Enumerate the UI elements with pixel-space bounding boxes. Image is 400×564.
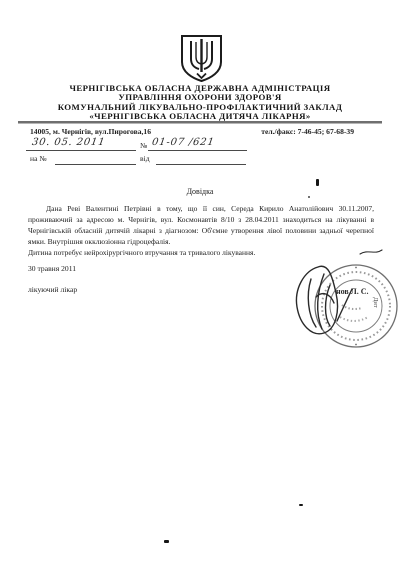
scan-artifact <box>316 179 319 186</box>
issue-date: 30 травня 2011 <box>28 264 76 273</box>
round-stamp: нов Л. С. Дит <box>315 265 397 347</box>
scanned-document-page: ЧЕРНІГІВСЬКА ОБЛАСНА ДЕРЖАВНА АДМІНІСТРА… <box>0 0 400 564</box>
handwritten-ref-number: 01-07 /621 <box>151 137 215 148</box>
handwritten-date: 30. 05. 2011 <box>31 137 106 148</box>
ukraine-trident-emblem <box>178 34 225 83</box>
reply-date-underline <box>156 164 246 165</box>
date-underline <box>26 150 136 151</box>
reply-to-label: на № <box>30 154 47 163</box>
scan-artifact <box>308 196 310 198</box>
number-underline <box>148 150 247 151</box>
address-row: 14005, м. Чернігів, вул.Пирогова,16 тел.… <box>30 127 354 136</box>
reply-number-underline <box>55 164 136 165</box>
signatory-role: лікуючий лікар <box>28 285 77 294</box>
document-title: Довідка <box>0 187 400 196</box>
stamp-inner-vertical-text: Дит <box>372 297 379 308</box>
header-divider <box>18 121 382 123</box>
scan-artifact <box>164 540 169 543</box>
stamp-and-signature: нов Л. С. Дит <box>280 245 400 380</box>
org-phone: тел./факс: 7-46-45; 67-68-39 <box>261 127 354 136</box>
number-sign-label: № <box>140 141 147 150</box>
org-address: 14005, м. Чернігів, вул.Пирогова,16 <box>30 127 151 136</box>
reply-from-label: від <box>140 154 150 163</box>
letterhead-org-block: ЧЕРНІГІВСЬКА ОБЛАСНА ДЕРЖАВНА АДМІНІСТРА… <box>0 84 400 122</box>
scan-artifact <box>299 504 303 506</box>
body-paragraph-1: Дана Реві Валентині Петрівні в тому, що … <box>28 203 374 247</box>
